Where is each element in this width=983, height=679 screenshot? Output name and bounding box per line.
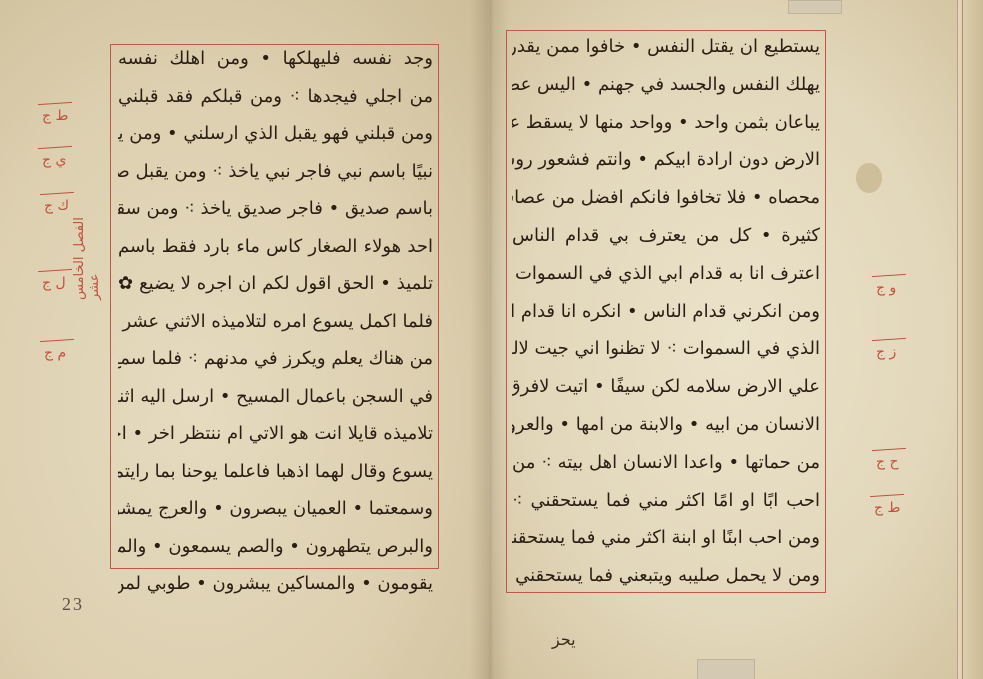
margin-note-text: و ج — [876, 280, 896, 296]
margin-note: و ج — [876, 280, 896, 296]
text-line: الارض دون ارادة ابيكم • وانتم فشعور روسك… — [512, 141, 820, 179]
text-line: الذي في السموات ⁖ لا تظنوا اني جيت لالقي — [512, 330, 820, 368]
text-line: تلميذ • الحق اقول لكم ان اجره لا يضيع ✿ — [118, 265, 433, 303]
text-line: احد هولاء الصغار كاس ماء بارد فقط باسم — [118, 228, 433, 266]
margin-note-text: ط ج — [42, 108, 68, 124]
catchword: يحز — [552, 630, 576, 649]
right-page-text: يستطيع ان يقتل النفس • خافوا ممن يقدر ان… — [512, 28, 820, 595]
text-line: كثيرة • كل من يعترف بي قدام الناس — [512, 217, 820, 255]
paper-tab-bottom — [697, 659, 755, 679]
text-line: احب ابًا او امًا اكثر مني فما يستحقني ⁖ — [512, 482, 820, 520]
text-line: ومن انكرني قدام الناس • انكره انا قدام ا… — [512, 293, 820, 331]
text-line: اعترف انا به قدام ابي الذي في السموات ⁖ — [512, 255, 820, 293]
text-line: الانسان من ابيه • والابنة من امها • والع… — [512, 406, 820, 444]
text-line: من اجلي فيجدها ⁖ ومن قبلكم فقد قبلني — [118, 78, 433, 116]
edge-rule — [962, 0, 963, 679]
text-line: تلاميذه قايلا انت هو الاتي ام ننتظر اخر … — [118, 415, 433, 453]
margin-note-text: ل ج — [42, 275, 66, 291]
text-line: وجد نفسه فليهلكها • ومن اهلك نفسه — [118, 40, 433, 78]
paper-tab-top — [788, 0, 842, 14]
manuscript-spread: وجد نفسه فليهلكها • ومن اهلك نفسه من اجل… — [0, 0, 983, 679]
text-line: يباعان بثمن واحد • وواحد منها لا يسقط عل… — [512, 104, 820, 142]
margin-note-text: ط ج — [874, 500, 900, 516]
text-line: يسوع وقال لهما اذهبا فاعلما يوحنا بما را… — [118, 453, 433, 491]
adjacent-page-edge — [957, 0, 983, 679]
text-line: وسمعتما • العميان يبصرون • والعرج يمشون — [118, 490, 433, 528]
folio-number: 23 — [62, 594, 84, 615]
text-line: محصاه • فلا تخافوا فانكم افضل من عصافير — [512, 179, 820, 217]
margin-note-text: م ج — [44, 345, 66, 361]
text-line: من حماتها • واعدا الانسان اهل بيته ⁖ من — [512, 444, 820, 482]
left-page-text: وجد نفسه فليهلكها • ومن اهلك نفسه من اجل… — [118, 40, 433, 603]
margin-note: ل ج — [42, 275, 66, 291]
text-line: علي الارض سلامه لكن سيفًا • اتيت لافرق — [512, 368, 820, 406]
margin-note-text: ز ج — [876, 344, 896, 360]
text-line: والبرص يتطهرون • والصم يسمعون • والموتى — [118, 528, 433, 566]
margin-note-text: ك ج — [44, 198, 69, 214]
text-line: ومن احب ابنًا او ابنة اكثر مني فما يستحق… — [512, 519, 820, 557]
text-line: من هناك يعلم ويكرز في مدنهم ⁖ فلما سمع ي… — [118, 340, 433, 378]
book-gutter — [470, 0, 510, 679]
margin-note: ي ج — [42, 152, 66, 168]
margin-note: م ج — [44, 345, 66, 361]
margin-note-text: ح ج — [876, 454, 899, 470]
text-line: يقومون • والمساكين يبشرون • طوبي لمن — [118, 565, 433, 603]
text-line: يهلك النفس والجسد في جهنم • اليس عصفوران — [512, 66, 820, 104]
text-line: يستطيع ان يقتل النفس • خافوا ممن يقدر ان — [512, 28, 820, 66]
margin-note: ط ج — [42, 108, 68, 124]
paper-stain — [856, 163, 882, 193]
margin-note: ط ج — [874, 500, 900, 516]
margin-note: ك ج — [44, 198, 69, 214]
margin-note: ز ج — [876, 344, 896, 360]
section-heading-rubric: الفصل الخامس عشر — [72, 190, 102, 300]
text-line: نبيًا باسم نبي فاجر نبي ياخذ ⁖ ومن يقبل … — [118, 153, 433, 191]
margin-note: ح ج — [876, 454, 899, 470]
text-line: باسم صديق • فاجر صديق ياخذ ⁖ ومن سقي — [118, 190, 433, 228]
text-line: ومن قبلني فهو يقبل الذي ارسلني • ومن يقب… — [118, 115, 433, 153]
text-line: ومن لا يحمل صليبه ويتبعني فما يستحقني • … — [512, 557, 820, 595]
text-line: في السجن باعمال المسيح • ارسل اليه اثنين… — [118, 378, 433, 416]
margin-note-text: ي ج — [42, 152, 66, 168]
text-line: فلما اكمل يسوع امره لتلاميذه الاثني عشر … — [118, 303, 433, 341]
